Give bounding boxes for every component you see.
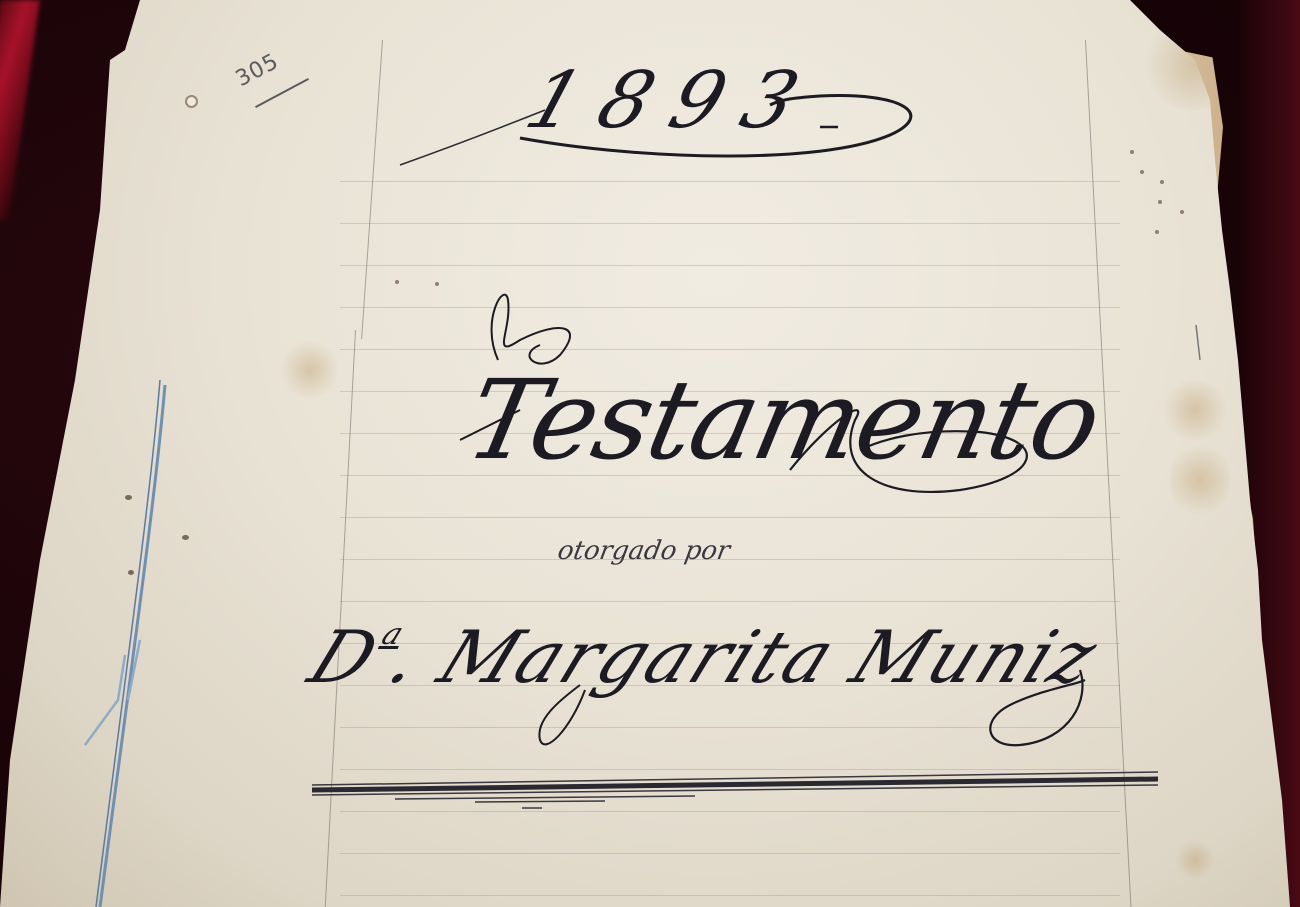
foxing-spot (1155, 230, 1159, 234)
stain (1140, 20, 1250, 110)
granted-by-label: otorgado por (556, 538, 732, 564)
document-year: 1893 (517, 62, 829, 140)
foxing-spot (1158, 200, 1162, 204)
foxing-spot (1140, 170, 1144, 174)
velvet-fold (0, 0, 40, 220)
ruled-lines (340, 140, 1120, 900)
stain (1170, 440, 1230, 520)
binding-hole (125, 495, 132, 500)
binding-hole (182, 535, 189, 540)
stain (1160, 380, 1230, 440)
binding-hole (128, 570, 134, 575)
foxing-spot (1160, 180, 1164, 184)
photo-scene: 305 1893 Testamento otorgado por Da. Mar… (0, 0, 1300, 907)
stain (280, 340, 340, 400)
stain (1175, 840, 1215, 880)
pin-hole (185, 95, 198, 108)
document-title: Testamento (458, 365, 1108, 475)
foxing-spot (1130, 150, 1134, 154)
grantor-name: Margarita Muniz (427, 615, 1111, 699)
foxing-spot (1180, 210, 1184, 214)
grantor-name-line: Da. Margarita Muniz (300, 620, 1109, 693)
